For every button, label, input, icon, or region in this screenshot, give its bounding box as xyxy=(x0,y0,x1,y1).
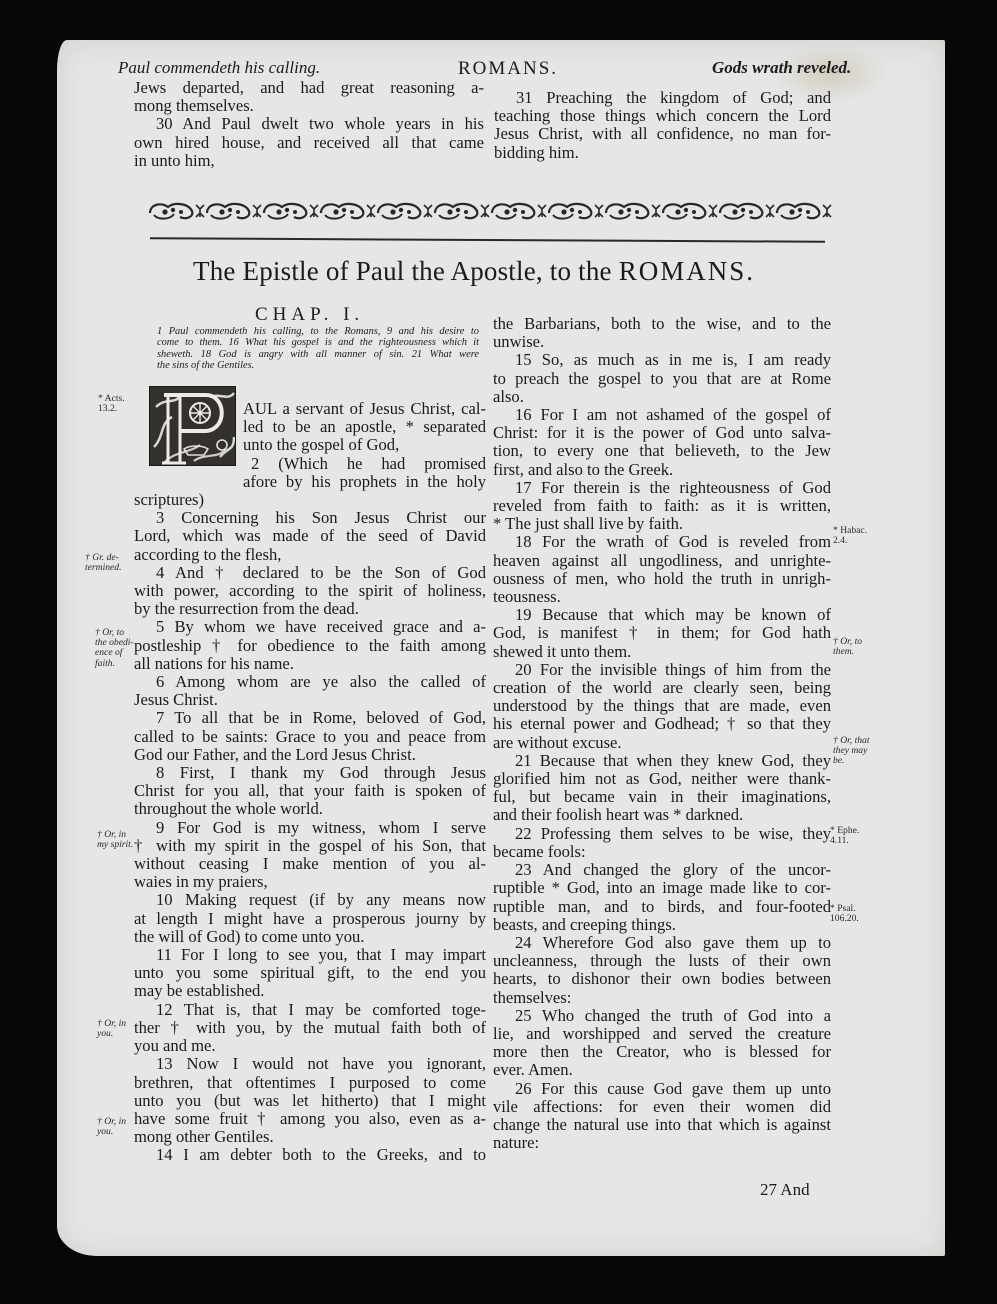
verse-line: shewed it unto them. xyxy=(493,643,831,661)
verse-line: 17 For therein is the righteousness of G… xyxy=(493,479,831,497)
verse-line: 4 And † declared to be the Son of God xyxy=(134,564,486,582)
catchword: 27 And xyxy=(760,1180,810,1200)
verse-line: vile affections: for even their women di… xyxy=(493,1098,831,1116)
margin-note-determined: † Gr. de- termined. xyxy=(85,553,122,573)
book-title-caps: ROMANS. xyxy=(619,256,755,286)
verse-line: themselves: xyxy=(493,989,831,1007)
acts-end-left-column: Jews departed, and had great reasoning a… xyxy=(134,79,484,170)
verse-line: 12 That is, that I may be comforted toge… xyxy=(134,1001,486,1019)
verse-line: 6 Among whom are ye also the called of xyxy=(134,673,486,691)
verse-line: unto you (but was let hitherto) that I m… xyxy=(134,1092,486,1110)
verse-line: ruptible * God, into an image made like … xyxy=(493,879,831,897)
summary-line: 1 Paul commendeth his calling, to the Ro… xyxy=(157,326,479,337)
verse-line: scriptures) xyxy=(134,491,486,509)
margin-note-ephesians: * Ephe. 4.11. xyxy=(830,826,859,846)
running-head-center: ROMANS. xyxy=(458,58,558,80)
verse-line: led to be an apostle, * separated xyxy=(243,418,486,436)
verse-line: understood by the things that are made, … xyxy=(493,697,831,715)
verse-line: waies in my praiers, xyxy=(134,873,486,891)
verse-line: teousness. xyxy=(493,588,831,606)
verse-line: Christ: for it is the power of God unto … xyxy=(493,424,831,442)
verse-line: 3 Concerning his Son Jesus Christ our xyxy=(134,509,486,527)
verse-line: 7 To all that be in Rome, beloved of God… xyxy=(134,709,486,727)
text-line: in unto him, xyxy=(134,152,484,170)
verse-line: † with my spirit in the gospel of his So… xyxy=(134,837,486,855)
verse-line: according to the flesh, xyxy=(134,546,486,564)
margin-note-to-them: † Or, to them. xyxy=(833,637,862,657)
verse-line: may be established. xyxy=(134,982,486,1000)
verse-line: Lord, which was made of the seed of Davi… xyxy=(134,527,486,545)
verse-line: afore by his prophets in the holy xyxy=(243,473,486,491)
verse-line: 13 Now I would not have you ignorant, xyxy=(134,1055,486,1073)
margin-note-in-you-1: † Or, in you. xyxy=(97,1019,126,1039)
verse-line: and their foolish heart was * darkned. xyxy=(493,806,831,824)
verse-line: to preach the gospel to you that are at … xyxy=(493,370,831,388)
verse-line: his eternal power and Godhead; † so that… xyxy=(493,715,831,733)
verse-line: more then the Creator, who is blessed fo… xyxy=(493,1043,831,1061)
ornament-band-icon xyxy=(148,198,832,222)
verse-line: throughout the whole world. xyxy=(134,800,486,818)
margin-note-psalms: * Psal. 106.20. xyxy=(830,904,859,924)
verse-line: 19 Because that which may be known of xyxy=(493,606,831,624)
text-line: 30 And Paul dwelt two whole years in his xyxy=(134,115,484,133)
verse-line: you and me. xyxy=(134,1037,486,1055)
verse-line: with power, according to the spirit of h… xyxy=(134,582,486,600)
verse-line: all nations for his name. xyxy=(134,655,486,673)
verse-line: ever. Amen. xyxy=(493,1061,831,1079)
verse-line: called to be saints: Grace to you and pe… xyxy=(134,728,486,746)
verse-line: 26 For this cause God gave them up unto xyxy=(493,1080,831,1098)
verse-line: unto you some spiritual gift, to the end… xyxy=(134,964,486,982)
verse-column-left: scriptures) 3 Concerning his Son Jesus C… xyxy=(134,491,486,1165)
verse-line: glorified him not as God, neither were t… xyxy=(493,770,831,788)
verse-line: postleship † for obedience to the faith … xyxy=(134,637,486,655)
verse-line: are without excuse. xyxy=(493,734,831,752)
chapter-summary: 1 Paul commendeth his calling, to the Ro… xyxy=(157,326,479,371)
running-head-right: Gods wrath reveled. xyxy=(712,58,851,78)
verse-line: God our Father, and the Lord Jesus Chris… xyxy=(134,746,486,764)
verse-line: change the natural use into that which i… xyxy=(493,1116,831,1134)
verse-line: unwise. xyxy=(493,333,831,351)
verse-line: 24 Wherefore God also gave them up to xyxy=(493,934,831,952)
text-line: Jews departed, and had great reasoning a… xyxy=(134,79,484,97)
verse-line: 25 Who changed the truth of God into a xyxy=(493,1007,831,1025)
book-title-main: The Epistle of Paul the Apostle, to the xyxy=(193,256,612,286)
verse-line: hearts, to dishonor their own bodies bet… xyxy=(493,970,831,988)
verse-line: by the resurrection from the dead. xyxy=(134,600,486,618)
verse-line: God, is manifest † in them; for God hath xyxy=(493,624,831,642)
verse-line: 22 Professing them selves to be wise, th… xyxy=(493,825,831,843)
verse-line: beasts, and creeping things. xyxy=(493,916,831,934)
verse-line: unto the gospel of God, xyxy=(243,436,486,454)
headpiece-ornament xyxy=(148,198,832,222)
verse-line: 5 By whom we have received grace and a- xyxy=(134,618,486,636)
margin-note-acts: * Acts. 13.2. xyxy=(98,394,125,414)
verse-line: heaven against all ungodliness, and unri… xyxy=(493,552,831,570)
acts-end-right-column: 31 Preaching the kingdom of God; and tea… xyxy=(494,89,831,162)
verse-line: ther † with you, by the mutual faith bot… xyxy=(134,1019,486,1037)
summary-line: sheweth. 18 God is angry with all manner… xyxy=(157,349,479,360)
margin-note-habakkuk: * Habac. 2.4. xyxy=(833,526,867,546)
verse-line: the will of God) to come unto you. xyxy=(134,928,486,946)
verse-line: nature: xyxy=(493,1134,831,1152)
verse-line: 9 For God is my witness, whom I serve xyxy=(134,819,486,837)
verse-line: became fools: xyxy=(493,843,831,861)
verse-line: mong other Gentiles. xyxy=(134,1128,486,1146)
running-head-left: Paul commendeth his calling. xyxy=(118,58,320,78)
book-title: The Epistle of Paul the Apostle, to the … xyxy=(193,256,755,287)
floral-initial-icon xyxy=(150,387,236,466)
verse-line: 14 I am debter both to the Greeks, and t… xyxy=(134,1146,486,1164)
verse-line: 21 Because that when they knew God, they xyxy=(493,752,831,770)
verse-line: at length I might have a prosperous jour… xyxy=(134,910,486,928)
verse-line: Christ for you all, that your faith is s… xyxy=(134,782,486,800)
text-line: own hired house, and received all that c… xyxy=(134,134,484,152)
text-line: bidding him. xyxy=(494,144,831,162)
verse-line: Jesus Christ. xyxy=(134,691,486,709)
verse-column-right: the Barbarians, both to the wise, and to… xyxy=(493,315,831,1152)
verse-line: lie, and worshipped and served the creat… xyxy=(493,1025,831,1043)
verse-line: * The just shall live by faith. xyxy=(493,515,831,533)
verse-line: also. xyxy=(493,388,831,406)
margin-note-obedience: † Or, to the obedi- ence of faith. xyxy=(95,628,134,669)
verse-line: ful, but became vain in their imaginatio… xyxy=(493,788,831,806)
verse-line: AUL a servant of Jesus Christ, cal- xyxy=(243,400,486,418)
text-line: 31 Preaching the kingdom of God; and xyxy=(494,89,831,107)
decorated-initial-p xyxy=(149,386,236,466)
summary-line: come to them. 16 What his gospel is and … xyxy=(157,337,479,348)
verse-line: 11 For I long to see you, that I may imp… xyxy=(134,946,486,964)
verse-line: tion, to every one that believeth, to th… xyxy=(493,442,831,460)
text-line: Jesus Christ, with all confidence, no ma… xyxy=(494,125,831,143)
verse-column-left-cap: AUL a servant of Jesus Christ, cal- led … xyxy=(243,400,486,491)
verse-line: uncleanness, through the lusts of their … xyxy=(493,952,831,970)
verse-line: 2 (Which he had promised xyxy=(243,455,486,473)
summary-line: the sins of the Gentiles. xyxy=(157,360,479,371)
margin-note-spirit: † Or, in my spirit. xyxy=(97,830,133,850)
verse-line: 20 For the invisible things of him from … xyxy=(493,661,831,679)
verse-line: without ceasing I make mention of you al… xyxy=(134,855,486,873)
margin-note-in-you-2: † Or, in you. xyxy=(97,1117,126,1137)
verse-line: 8 First, I thank my God through Jesus xyxy=(134,764,486,782)
verse-line: 18 For the wrath of God is reveled from xyxy=(493,533,831,551)
verse-line: 16 For I am not ashamed of the gospel of xyxy=(493,406,831,424)
text-line: teaching those things which concern the … xyxy=(494,107,831,125)
verse-line: 23 And changed the glory of the uncor- xyxy=(493,861,831,879)
verse-line: 10 Making request (if by any means now xyxy=(134,891,486,909)
chapter-heading: CHAP. I. xyxy=(255,304,364,326)
verse-line: the Barbarians, both to the wise, and to… xyxy=(493,315,831,333)
text-line: mong themselves. xyxy=(134,97,484,115)
verse-line: have some fruit † among you also, even a… xyxy=(134,1110,486,1128)
verse-line: first, and also to the Greek. xyxy=(493,461,831,479)
verse-line: brethren, that oftentimes I purposed to … xyxy=(134,1074,486,1092)
verse-line: reveled from faith to faith: as it is wr… xyxy=(493,497,831,515)
verse-line: 15 So, as much as in me is, I am ready xyxy=(493,351,831,369)
margin-note-that-they-may-be: † Or, that they may be. xyxy=(833,736,870,767)
verse-line: ruptible man, and to birds, and four-foo… xyxy=(493,898,831,916)
verse-line: creation of the world are clearly seen, … xyxy=(493,679,831,697)
verse-line: ousness of men, who hold the truth in un… xyxy=(493,570,831,588)
